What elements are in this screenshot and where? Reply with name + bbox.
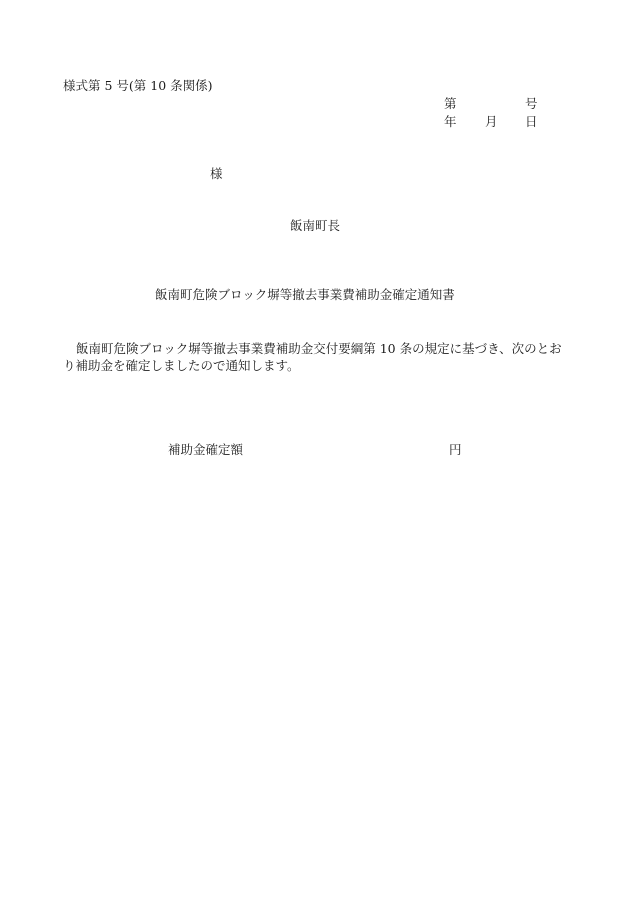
- issue-number-suffix: 号: [525, 98, 538, 111]
- date-month-label: 月: [485, 116, 498, 129]
- date-day-label: 日: [525, 116, 538, 129]
- date-year-label: 年: [444, 116, 457, 129]
- recipient-honorific: 様: [210, 168, 223, 181]
- body-paragraph: 飯南町危険ブロック塀等撤去事業費補助金交付要綱第 10 条の規定に基づき、次のと…: [63, 340, 573, 374]
- issue-number-prefix: 第: [444, 98, 457, 111]
- form-number: 様式第 5 号(第 10 条関係): [63, 80, 213, 93]
- sender-name: 飯南町長: [290, 220, 340, 233]
- subsidy-amount-unit: 円: [449, 444, 462, 457]
- document-title: 飯南町危険ブロック塀等撤去事業費補助金確定通知書: [155, 289, 455, 302]
- subsidy-amount-label: 補助金確定額: [168, 444, 243, 457]
